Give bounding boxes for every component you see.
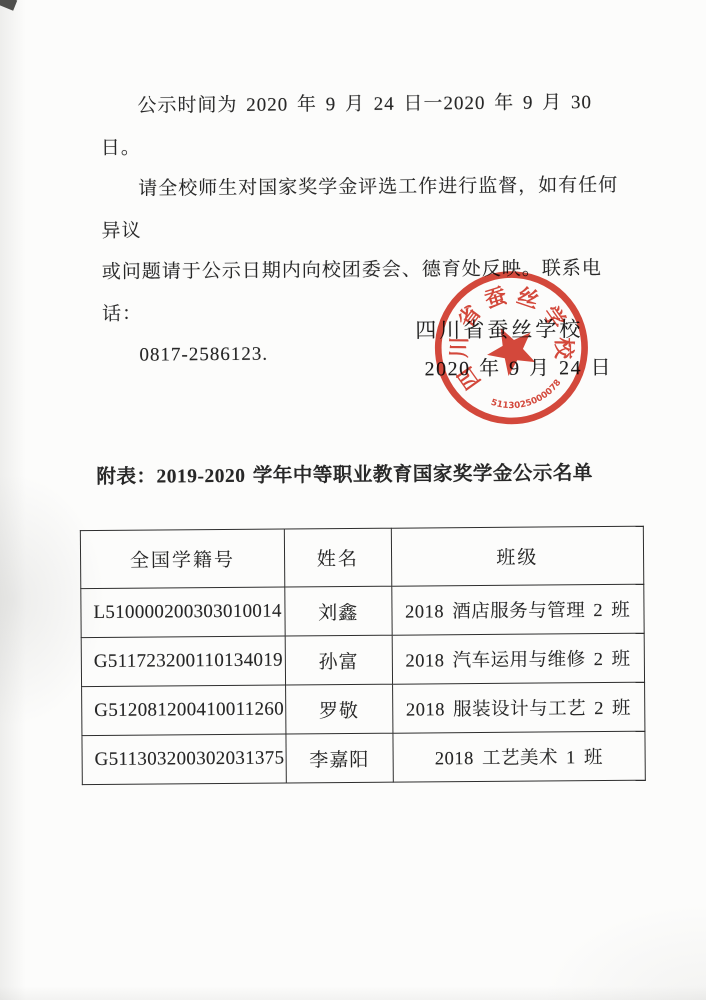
svg-text:蚕: 蚕: [482, 283, 510, 312]
student-class-cell: 2018 汽车运用与维修 2 班: [392, 633, 644, 684]
table-row: G511303200302031375李嘉阳2018 工艺美术 1 班: [82, 731, 645, 784]
svg-text:学: 学: [538, 302, 570, 334]
seal-serial-number: 5113025000078: [487, 376, 568, 420]
col-header-class: 班级: [391, 526, 643, 586]
table-row: G512081200410011260罗敬2018 服装设计与工艺 2 班: [82, 682, 645, 735]
student-id-cell: G511303200302031375: [82, 734, 286, 785]
student-class-cell: 2018 酒店服务与管理 2 班: [392, 584, 644, 635]
seal-star-icon: [479, 317, 544, 381]
student-id-cell: L510000200303010014: [81, 587, 285, 638]
student-name-cell: 孙富: [285, 635, 392, 685]
student-name-cell: 刘鑫: [285, 586, 392, 636]
svg-text:校: 校: [551, 337, 576, 359]
table-row: L510000200303010014刘鑫2018 酒店服务与管理 2 班: [81, 584, 644, 637]
table-body: L510000200303010014刘鑫2018 酒店服务与管理 2 班G51…: [81, 584, 645, 784]
document-content: 公示时间为 2020 年 9 月 24 日一2020 年 9 月 30 日。 请…: [0, 0, 706, 1000]
scholarship-table: 全国学籍号 姓名 班级 L510000200303010014刘鑫2018 酒店…: [80, 526, 646, 785]
svg-text:川: 川: [447, 336, 471, 358]
table-row: G511723200110134019孙富2018 汽车运用与维修 2 班: [81, 633, 644, 686]
student-id-cell: G511723200110134019: [81, 636, 285, 687]
student-class-cell: 2018 工艺美术 1 班: [393, 731, 645, 782]
scanned-document-page: 公示时间为 2020 年 9 月 24 日一2020 年 9 月 30 日。 请…: [0, 0, 706, 1000]
school-seal-stamp-icon: 四川省蚕丝学校 5113025000078: [424, 260, 599, 435]
table-header-row: 全国学籍号 姓名 班级: [80, 526, 643, 588]
student-id-cell: G512081200410011260: [82, 685, 286, 736]
student-name-cell: 李嘉阳: [286, 733, 393, 783]
svg-text:四: 四: [453, 362, 485, 393]
student-class-cell: 2018 服装设计与工艺 2 班: [392, 682, 644, 733]
svg-text:丝: 丝: [514, 284, 542, 314]
col-header-student-id: 全国学籍号: [80, 529, 284, 589]
notice-line-1: 公示时间为 2020 年 9 月 24 日一2020 年 9 月 30 日。: [100, 82, 621, 169]
notice-line-2: 请全校师生对国家奖学金评选工作进行监督，如有任何异议: [101, 165, 622, 252]
attachment-title: 附表：2019-2020 学年中等职业教育国家奖学金公示名单: [96, 457, 593, 489]
student-name-cell: 罗敬: [285, 684, 392, 734]
seal-arc-text: 四川省蚕丝学校: [431, 267, 583, 396]
svg-text:省: 省: [453, 300, 486, 333]
col-header-name: 姓名: [284, 528, 391, 587]
